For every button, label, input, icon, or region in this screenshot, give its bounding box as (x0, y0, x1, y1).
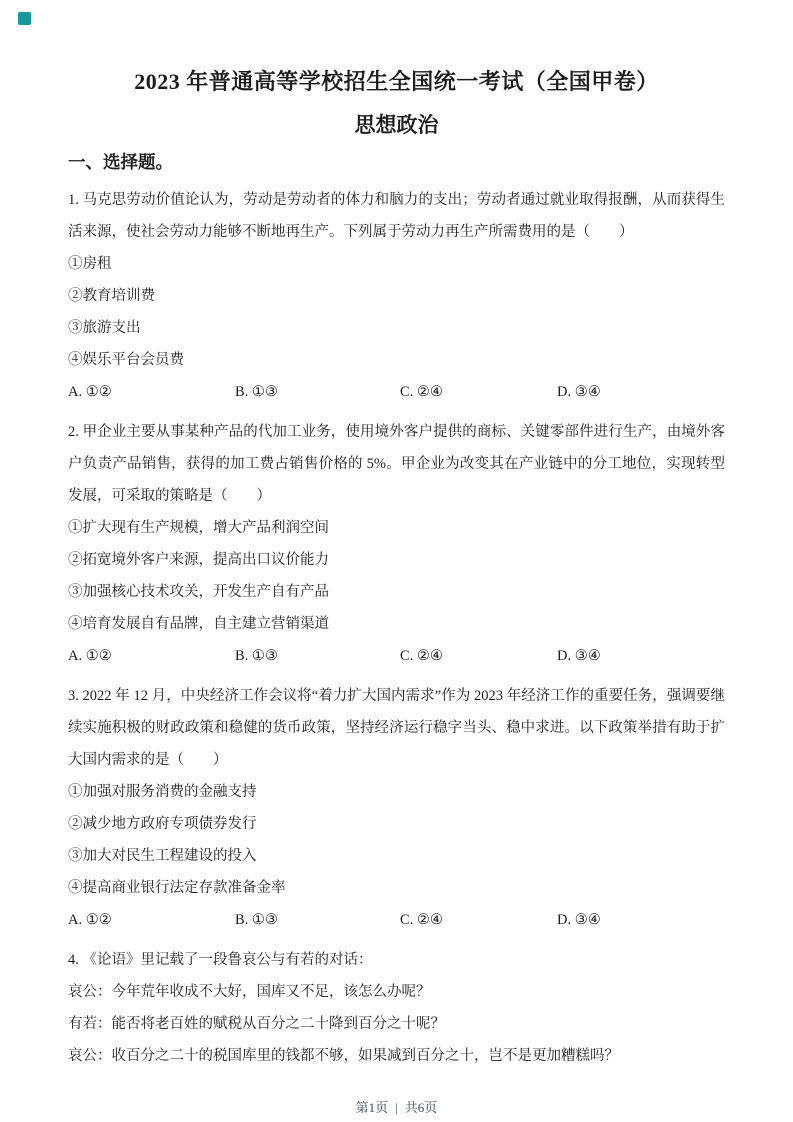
question-2: 2. 甲企业主要从事某种产品的代加工业务，使用境外客户提供的商标、关键零部件进行… (68, 416, 725, 672)
question-2-choice-c: C. ②④ (400, 640, 557, 672)
question-1-item-4: ④娱乐平台会员费 (68, 344, 725, 376)
question-3-item-4: ④提高商业银行法定存款准备金率 (68, 872, 725, 904)
question-1: 1. 马克思劳动价值论认为，劳动是劳动者的体力和脑力的支出；劳动者通过就业取得报… (68, 184, 725, 408)
question-1-item-3: ③旅游支出 (68, 312, 725, 344)
question-3-item-3: ③加大对民生工程建设的投入 (68, 840, 725, 872)
page-footer: 第1页|共6页 (0, 1100, 793, 1116)
document-title: 2023 年普通高等学校招生全国统一考试（全国甲卷） (68, 68, 725, 96)
question-3-choices: A. ①② B. ①③ C. ②④ D. ③④ (68, 904, 725, 936)
question-4-dialog-2: 有若：能否将老百姓的赋税从百分之二十降到百分之十呢？ (68, 1008, 725, 1040)
question-3-choice-b: B. ①③ (235, 904, 400, 936)
question-3-stem: 3. 2022 年 12 月，中央经济工作会议将“着力扩大国内需求”作为 202… (68, 680, 725, 776)
footer-separator: | (388, 1100, 405, 1115)
question-1-choice-b: B. ①③ (235, 376, 400, 408)
footer-total-pages: 共6页 (405, 1100, 438, 1115)
question-4-dialog-3: 哀公：收百分之二十的税国库里的钱都不够，如果减到百分之十，岂不是更加糟糕吗？ (68, 1040, 725, 1072)
question-4-dialog-1: 哀公：今年荒年收成不大好，国库又不足，该怎么办呢？ (68, 976, 725, 1008)
question-2-stem: 2. 甲企业主要从事某种产品的代加工业务，使用境外客户提供的商标、关键零部件进行… (68, 416, 725, 512)
question-1-choice-c: C. ②④ (400, 376, 557, 408)
question-2-choice-d: D. ③④ (557, 640, 725, 672)
footer-page-number: 第1页 (356, 1100, 389, 1115)
corner-mark-icon (18, 12, 31, 25)
question-3-choice-d: D. ③④ (557, 904, 725, 936)
question-2-item-1: ①扩大现有生产规模，增大产品利润空间 (68, 512, 725, 544)
question-3: 3. 2022 年 12 月，中央经济工作会议将“着力扩大国内需求”作为 202… (68, 680, 725, 936)
question-1-choices: A. ①② B. ①③ C. ②④ D. ③④ (68, 376, 725, 408)
question-4: 4. 《论语》里记载了一段鲁哀公与有若的对话： 哀公：今年荒年收成不大好，国库又… (68, 944, 725, 1072)
document-page: 2023 年普通高等学校招生全国统一考试（全国甲卷） 思想政治 一、选择题。 1… (0, 0, 793, 1072)
question-1-stem: 1. 马克思劳动价值论认为，劳动是劳动者的体力和脑力的支出；劳动者通过就业取得报… (68, 184, 725, 248)
question-3-item-2: ②减少地方政府专项债券发行 (68, 808, 725, 840)
question-1-choice-a: A. ①② (68, 376, 235, 408)
question-2-item-2: ②拓宽境外客户来源，提高出口议价能力 (68, 544, 725, 576)
question-3-choice-c: C. ②④ (400, 904, 557, 936)
question-2-item-4: ④培育发展自有品牌，自主建立营销渠道 (68, 608, 725, 640)
document-subtitle: 思想政治 (68, 112, 725, 138)
question-2-item-3: ③加强核心技术攻关，开发生产自有产品 (68, 576, 725, 608)
question-3-item-1: ①加强对服务消费的金融支持 (68, 776, 725, 808)
question-2-choice-b: B. ①③ (235, 640, 400, 672)
question-2-choices: A. ①② B. ①③ C. ②④ D. ③④ (68, 640, 725, 672)
question-1-item-2: ②教育培训费 (68, 280, 725, 312)
question-4-stem: 4. 《论语》里记载了一段鲁哀公与有若的对话： (68, 944, 725, 976)
question-1-item-1: ①房租 (68, 248, 725, 280)
question-2-choice-a: A. ①② (68, 640, 235, 672)
question-1-choice-d: D. ③④ (557, 376, 725, 408)
section-heading-multiple-choice: 一、选择题。 (68, 150, 725, 174)
question-3-choice-a: A. ①② (68, 904, 235, 936)
